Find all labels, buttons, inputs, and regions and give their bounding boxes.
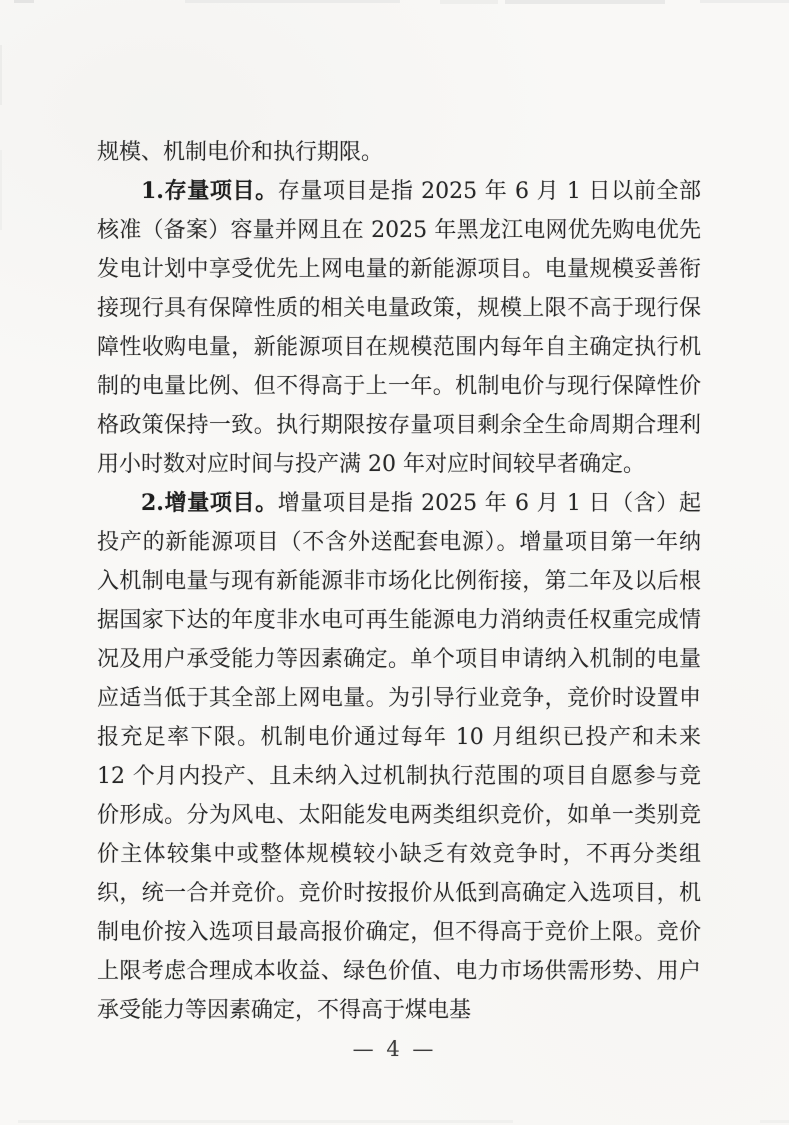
paragraph-continuation: 规模、机制电价和执行期限。 bbox=[97, 133, 701, 172]
scan-artifact bbox=[14, 0, 34, 3]
paragraph-existing-projects: 1.存量项目。存量项目是指 2025 年 6 月 1 日以前全部核准（备案）容量… bbox=[97, 172, 701, 484]
paragraph-lead: 2.增量项目。 bbox=[141, 490, 278, 516]
document-body: 规模、机制电价和执行期限。 1.存量项目。存量项目是指 2025 年 6 月 1… bbox=[97, 133, 701, 1030]
document-page: 规模、机制电价和执行期限。 1.存量项目。存量项目是指 2025 年 6 月 1… bbox=[0, 0, 789, 1125]
scan-artifact bbox=[760, 1120, 789, 1123]
scan-artifact bbox=[185, 0, 400, 3]
paragraph-text: 增量项目是指 2025 年 6 月 1 日（含）起投产的新能源项目（不含外送配套… bbox=[97, 491, 701, 1023]
scan-artifact bbox=[0, 45, 2, 105]
paragraph-lead: 1.存量项目。 bbox=[141, 178, 278, 204]
page-footer: — 4 — bbox=[0, 1034, 789, 1064]
scan-artifact bbox=[505, 0, 665, 4]
scan-artifact bbox=[0, 150, 2, 230]
page-number: — 4 — bbox=[353, 1037, 437, 1061]
scan-artifact bbox=[18, 1120, 513, 1123]
scan-artifact bbox=[440, 0, 498, 4]
paragraph-text: 规模、机制电价和执行期限。 bbox=[97, 140, 383, 165]
scan-artifact bbox=[700, 0, 789, 3]
paragraph-text: 存量项目是指 2025 年 6 月 1 日以前全部核准（备案）容量并网且在 20… bbox=[97, 179, 701, 477]
paragraph-incremental-projects: 2.增量项目。增量项目是指 2025 年 6 月 1 日（含）起投产的新能源项目… bbox=[97, 484, 701, 1030]
